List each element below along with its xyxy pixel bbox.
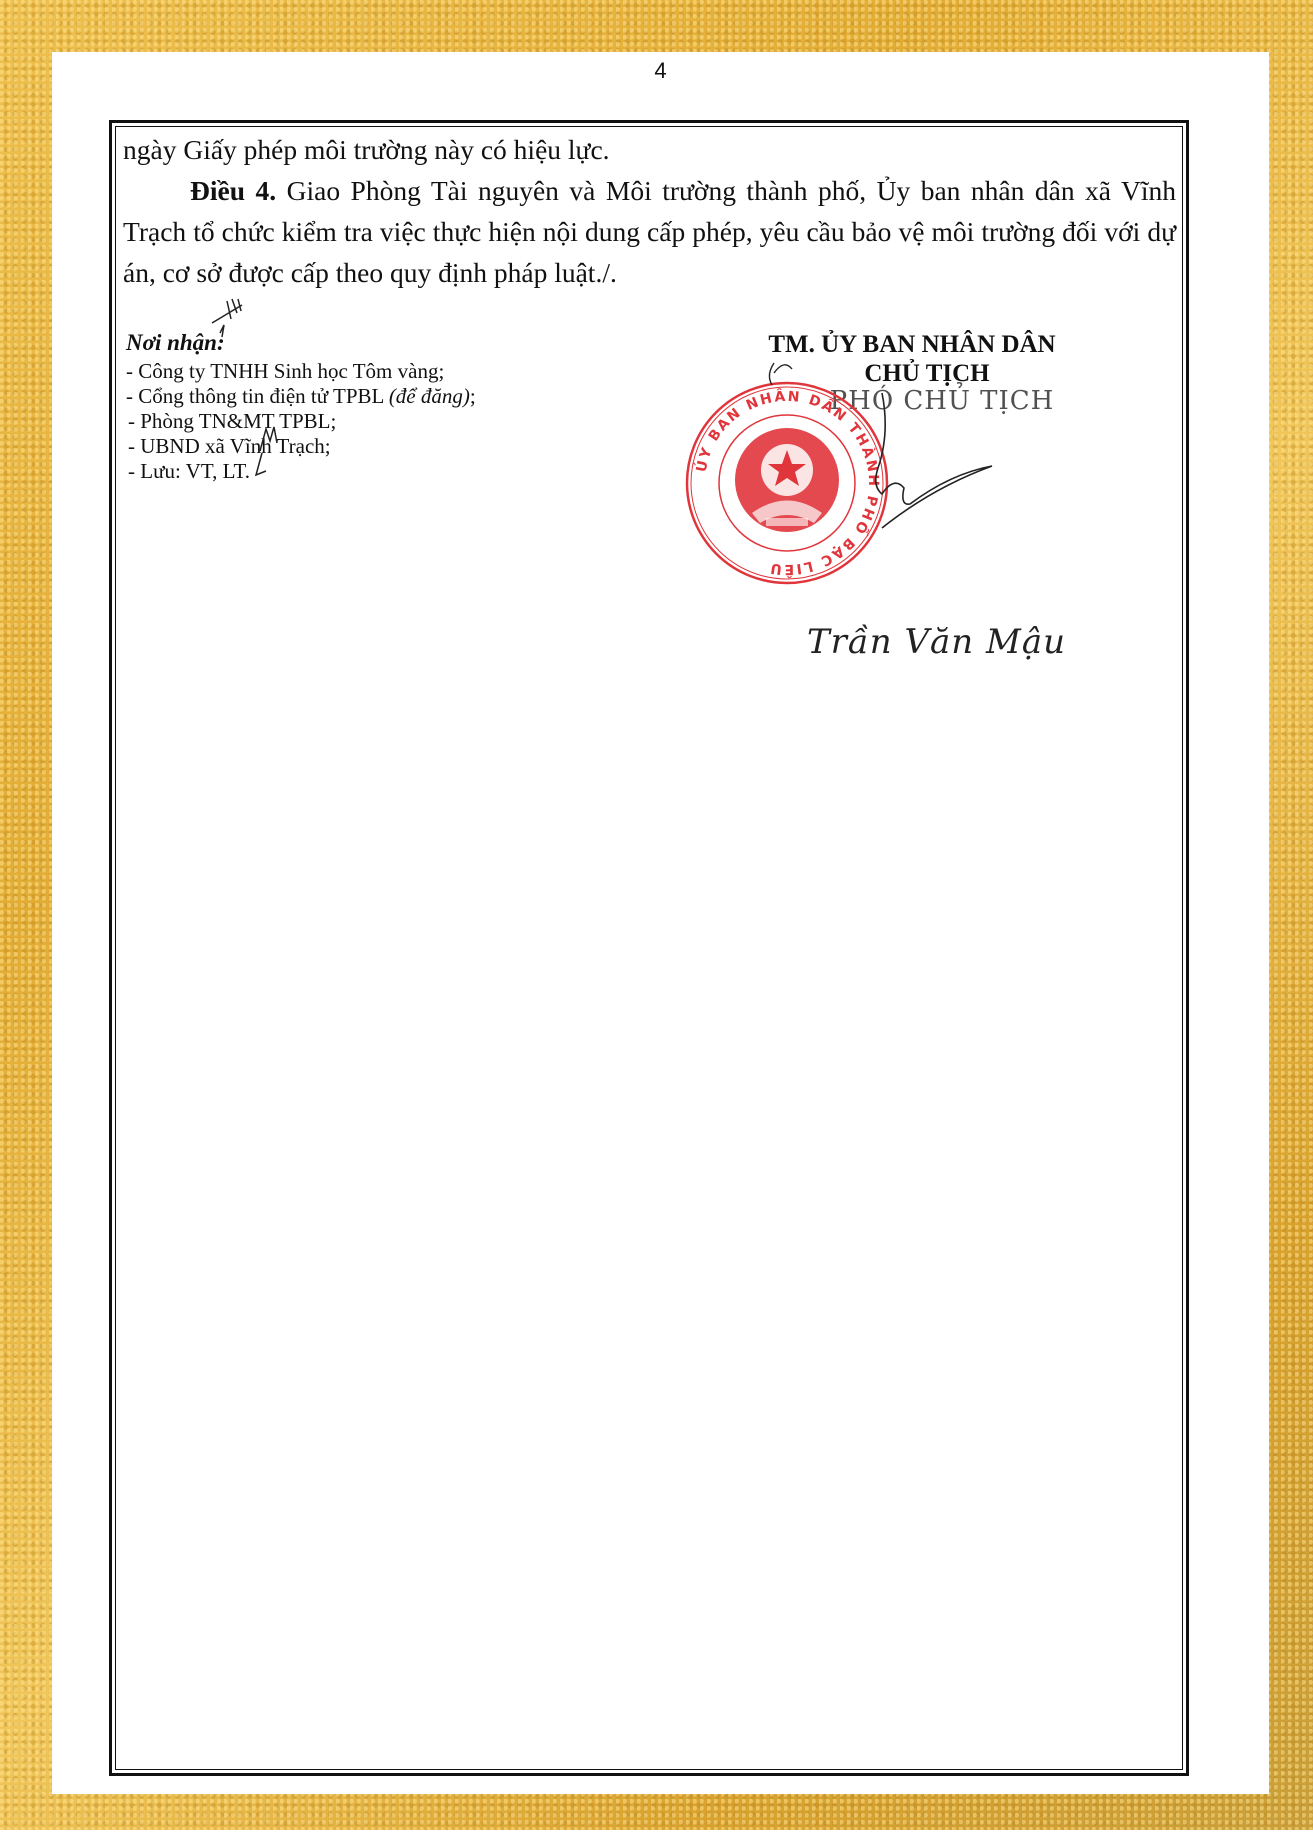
recipient-item: - UBND xã Vĩnh Trạch;: [126, 434, 476, 459]
frame-edge: [0, 1830, 1313, 1845]
continuation-line: ngày Giấy phép môi trường này có hiệu lự…: [123, 129, 1176, 170]
recipient-item: - Cổng thông tin điện tử TPBL (để đăng);: [126, 384, 476, 409]
signer-name: Trần Văn Mậu: [807, 622, 1066, 662]
article-4: Điều 4. Giao Phòng Tài nguyên và Môi trư…: [123, 170, 1176, 293]
recipients-title: Nơi nhận:: [126, 330, 476, 355]
body-text: ngày Giấy phép môi trường này có hiệu lự…: [123, 129, 1176, 293]
document-page: 4 ngày Giấy phép môi trường này có hiệu …: [52, 52, 1269, 1794]
content-border: ngày Giấy phép môi trường này có hiệu lự…: [109, 120, 1189, 1776]
recipients-block: Nơi nhận: - Công ty TNHH Sinh học Tôm và…: [126, 330, 476, 484]
article-4-label: Điều 4.: [190, 175, 276, 206]
article-4-text: Giao Phòng Tài nguyên và Môi trường thàn…: [123, 175, 1176, 288]
signing-organization: TM. ỦY BAN NHÂN DÂN: [672, 330, 1152, 360]
recipient-suffix: ;: [470, 384, 476, 408]
recipient-item: - Phòng TN&MT TPBL;: [126, 409, 476, 434]
official-seal-icon: ỦY BAN NHÂN DÂN THÀNH PHỐ BẠC LIÊU: [682, 378, 892, 588]
recipient-item: - Lưu: VT, LT.: [126, 459, 476, 484]
recipient-item: - Công ty TNHH Sinh học Tôm vàng;: [126, 359, 476, 384]
recipient-note: (để đăng): [389, 384, 470, 408]
page-number: 4: [52, 58, 1269, 84]
recipient-item-text: - Cổng thông tin điện tử TPBL: [126, 384, 389, 408]
